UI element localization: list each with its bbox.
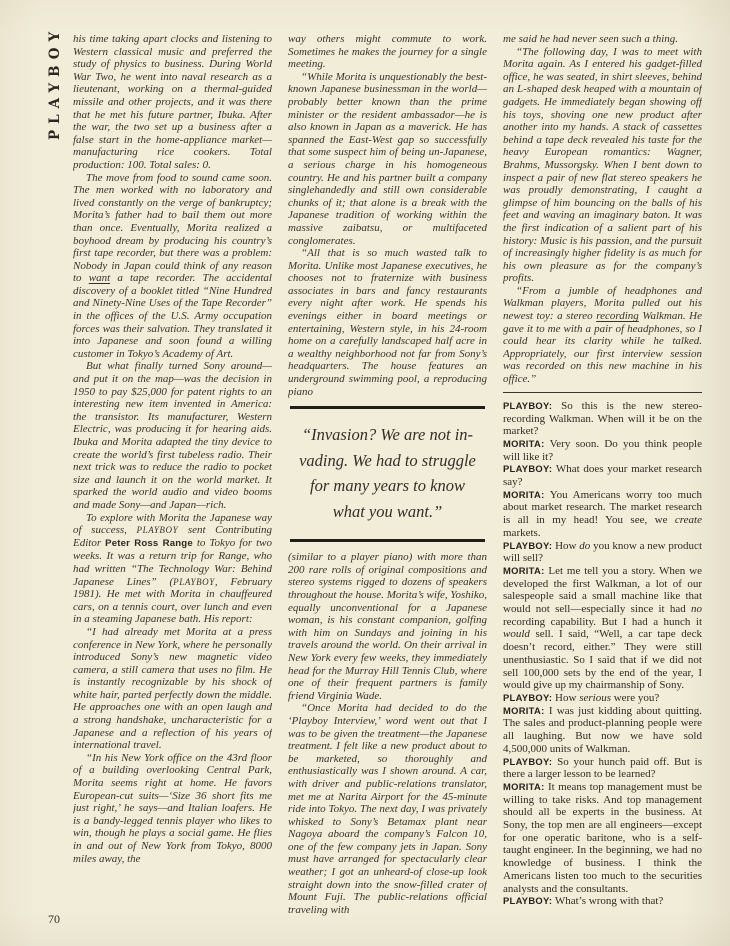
speaker-label: PLAYBOY: bbox=[503, 540, 552, 551]
interview-qa-section: PLAYBOY: So this is the new stereo-recor… bbox=[503, 400, 702, 908]
narrative-paragraph: To explore with Morita the Japanese way … bbox=[73, 512, 272, 626]
narrative-paragraph: me said he had never seen such a thing. bbox=[503, 33, 702, 46]
narrative-paragraph: “While Morita is unquestionably the best… bbox=[288, 71, 487, 247]
narrative-paragraph: “All that is so much wasted talk to Mori… bbox=[288, 247, 487, 398]
speaker-label: PLAYBOY: bbox=[503, 400, 552, 411]
pull-quote-block: “Invasion? We are not in-vading. We had … bbox=[290, 406, 485, 542]
magazine-page: PLAYBOY 70 his time taking apart clocks … bbox=[0, 0, 730, 946]
column-3-intro-text: me said he had never seen such a thing.“… bbox=[503, 33, 702, 386]
magazine-brand-vertical: PLAYBOY bbox=[47, 26, 63, 140]
pull-quote-text: “Invasion? We are not in-vading. We had … bbox=[290, 409, 485, 539]
column-3: me said he had never seen such a thing.“… bbox=[503, 33, 702, 939]
pull-quote-bottom-rule bbox=[290, 539, 485, 542]
speaker-label: MORITA: bbox=[503, 705, 545, 716]
qa-morita-turn: MORITA: It means top management must be … bbox=[503, 781, 702, 895]
qa-playboy-turn: PLAYBOY: How do you know a new product w… bbox=[503, 540, 702, 565]
narrative-paragraph: “From a jumble of headphones and Walkman… bbox=[503, 285, 702, 386]
speaker-label: PLAYBOY: bbox=[503, 692, 552, 703]
speaker-label: PLAYBOY: bbox=[503, 463, 552, 474]
qa-text: What’s wrong with that? bbox=[555, 895, 663, 907]
qa-playboy-turn: PLAYBOY: So this is the new stereo-recor… bbox=[503, 400, 702, 438]
narrative-paragraph: But what finally turned Sony around—and … bbox=[73, 360, 272, 511]
narrative-paragraph: “The following day, I was to meet with M… bbox=[503, 46, 702, 285]
qa-playboy-turn: PLAYBOY: So your hunch paid off. But is … bbox=[503, 756, 702, 781]
speaker-label: MORITA: bbox=[503, 438, 545, 449]
speaker-label: PLAYBOY: bbox=[503, 756, 552, 767]
column-2: way others might commute to work. Someti… bbox=[288, 33, 487, 939]
column-2-lower-text: (similar to a player piano) with more th… bbox=[288, 551, 487, 916]
speaker-label: PLAYBOY: bbox=[503, 895, 552, 906]
narrative-paragraph: his time taking apart clocks and listeni… bbox=[73, 33, 272, 172]
narrative-paragraph: The move from food to sound came soon. T… bbox=[73, 172, 272, 361]
qa-text: Let me tell you a story. When we develop… bbox=[503, 565, 702, 691]
qa-section-divider bbox=[503, 392, 702, 393]
qa-morita-turn: MORITA: I was just kidding about quittin… bbox=[503, 705, 702, 756]
speaker-label: MORITA: bbox=[503, 781, 545, 792]
narrative-paragraph: way others might commute to work. Someti… bbox=[288, 33, 487, 71]
qa-playboy-turn: PLAYBOY: What’s wrong with that? bbox=[503, 895, 702, 908]
qa-playboy-turn: PLAYBOY: What does your market research … bbox=[503, 463, 702, 488]
column-1: his time taking apart clocks and listeni… bbox=[73, 33, 272, 939]
column-2-upper-text: way others might commute to work. Someti… bbox=[288, 33, 487, 398]
speaker-label: MORITA: bbox=[503, 489, 545, 500]
qa-playboy-turn: PLAYBOY: How serious were you? bbox=[503, 692, 702, 705]
speaker-label: MORITA: bbox=[503, 565, 545, 576]
narrative-paragraph: “I had already met Morita at a press con… bbox=[73, 626, 272, 752]
qa-morita-turn: MORITA: You Americans worry too much abo… bbox=[503, 489, 702, 540]
page-number: 70 bbox=[48, 912, 60, 927]
qa-morita-turn: MORITA: Let me tell you a story. When we… bbox=[503, 565, 702, 692]
qa-morita-turn: MORITA: Very soon. Do you think people w… bbox=[503, 438, 702, 463]
narrative-paragraph: “Once Morita had decided to do the ‘Play… bbox=[288, 702, 487, 916]
qa-text: It means top management must be willing … bbox=[503, 781, 702, 895]
narrative-paragraph: “In his New York office on the 43rd floo… bbox=[73, 752, 272, 865]
article-columns: his time taking apart clocks and listeni… bbox=[73, 33, 702, 939]
narrative-paragraph: (similar to a player piano) with more th… bbox=[288, 551, 487, 702]
qa-text: How serious were you? bbox=[555, 692, 659, 704]
